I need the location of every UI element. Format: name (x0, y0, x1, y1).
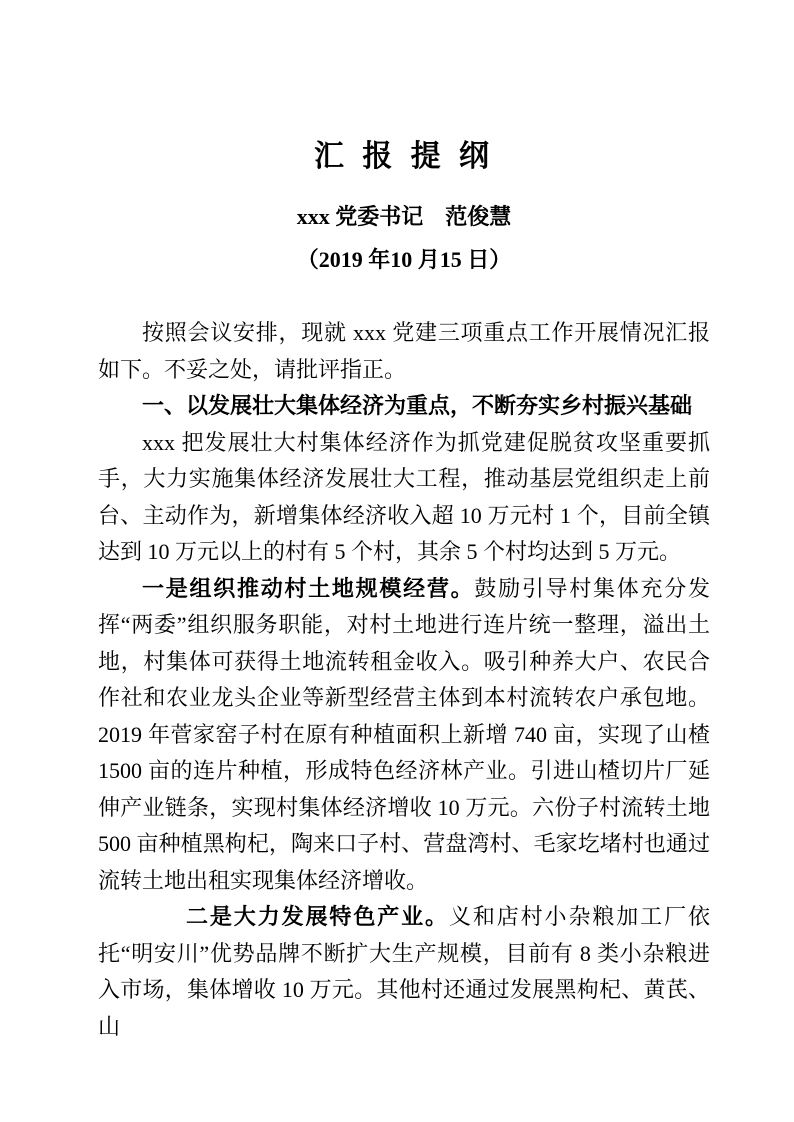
point-1-text: 鼓励引导村集体充分发挥“两委”组织服务职能，对村土地进行连片统一整理，溢出土地，… (98, 576, 710, 893)
date-line: （2019 年10 月15 日） (98, 245, 710, 275)
document-title: 汇 报 提 纲 (98, 138, 710, 176)
document-page: 汇 报 提 纲 xxx 党委书记 范俊慧 （2019 年10 月15 日） 按照… (0, 0, 794, 1122)
section-1-paragraph: xxx 把发展壮大村集体经济作为抓党建促脱贫攻坚重要抓手，大力实施集体经济发展壮… (98, 425, 710, 571)
point-2-paragraph: 二是大力发展特色产业。义和店村小杂粮加工厂依托“明安川”优势品牌不断扩大生产规模… (98, 899, 710, 1045)
section-1-heading: 一、以发展壮大集体经济为重点，不断夯实乡村振兴基础 (98, 388, 710, 425)
intro-paragraph: 按照会议安排，现就 xxx 党建三项重点工作开展情况汇报如下。不妥之处，请批评指… (98, 315, 710, 388)
point-2-lead: 二是大力发展特色产业。 (186, 904, 449, 929)
point-1-paragraph: 一是组织推动村土地规模经营。鼓励引导村集体充分发挥“两委”组织服务职能，对村土地… (98, 571, 710, 900)
document-body: 按照会议安排，现就 xxx 党建三项重点工作开展情况汇报如下。不妥之处，请批评指… (98, 315, 710, 1045)
point-1-lead: 一是组织推动村土地规模经营。 (142, 576, 474, 601)
author-byline: xxx 党委书记 范俊慧 (98, 202, 710, 232)
